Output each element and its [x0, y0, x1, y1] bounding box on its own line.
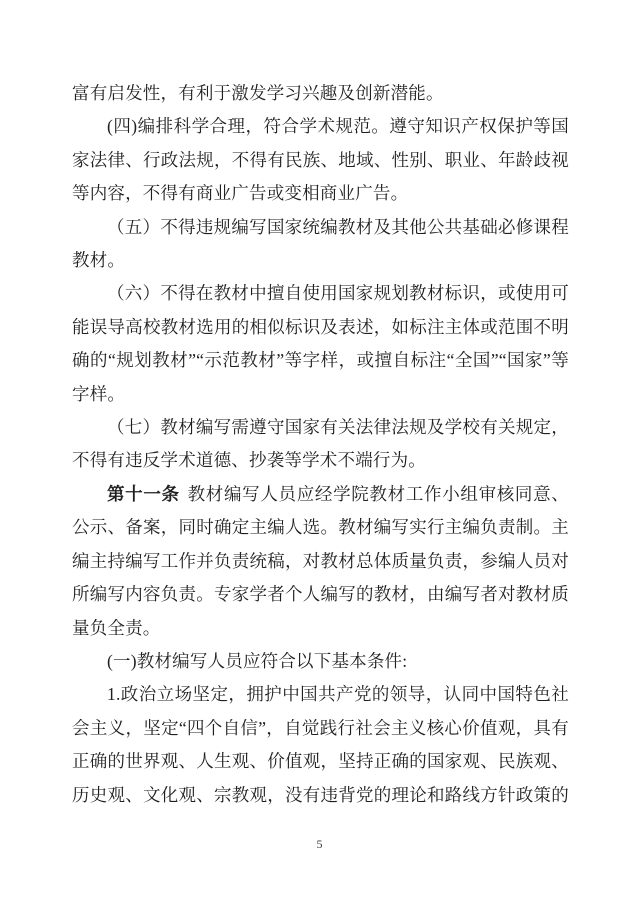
article-number-label: 第十一条	[107, 484, 180, 504]
paragraph-item-1: (一)教材编写人员应符合以下基本条件:	[72, 645, 569, 678]
page-number: 5	[0, 836, 639, 852]
paragraph-point-1: 1.政治立场坚定，拥护中国共产党的领导，认同中国特色社会主义，坚定“四个自信”，…	[72, 678, 569, 812]
paragraph-item-6: （六）不得在教材中擅自使用国家规划教材标识，或使用可能误导高校教材选用的相似标识…	[72, 277, 569, 411]
article-11-text: 教材编写人员应经学院教材工作小组审核同意、公示、备案，同时确定主编人选。教材编写…	[72, 484, 569, 638]
paragraph-item-4: (四)编排科学合理，符合学术规范。遵守知识产权保护等国家法律、行政法规，不得有民…	[72, 110, 569, 210]
paragraph-continuation: 富有启发性，有利于激发学习兴趣及创新潜能。	[72, 77, 569, 110]
paragraph-item-7: （七）教材编写需遵守国家有关法律法规及学校有关规定，不得有违反学术道德、抄袭等学…	[72, 411, 569, 478]
paragraph-article-11: 第十一条教材编写人员应经学院教材工作小组审核同意、公示、备案，同时确定主编人选。…	[72, 478, 569, 645]
document-body: 富有启发性，有利于激发学习兴趣及创新潜能。 (四)编排科学合理，符合学术规范。遵…	[72, 77, 569, 812]
paragraph-item-5: （五）不得违规编写国家统编教材及其他公共基础必修课程教材。	[72, 211, 569, 278]
